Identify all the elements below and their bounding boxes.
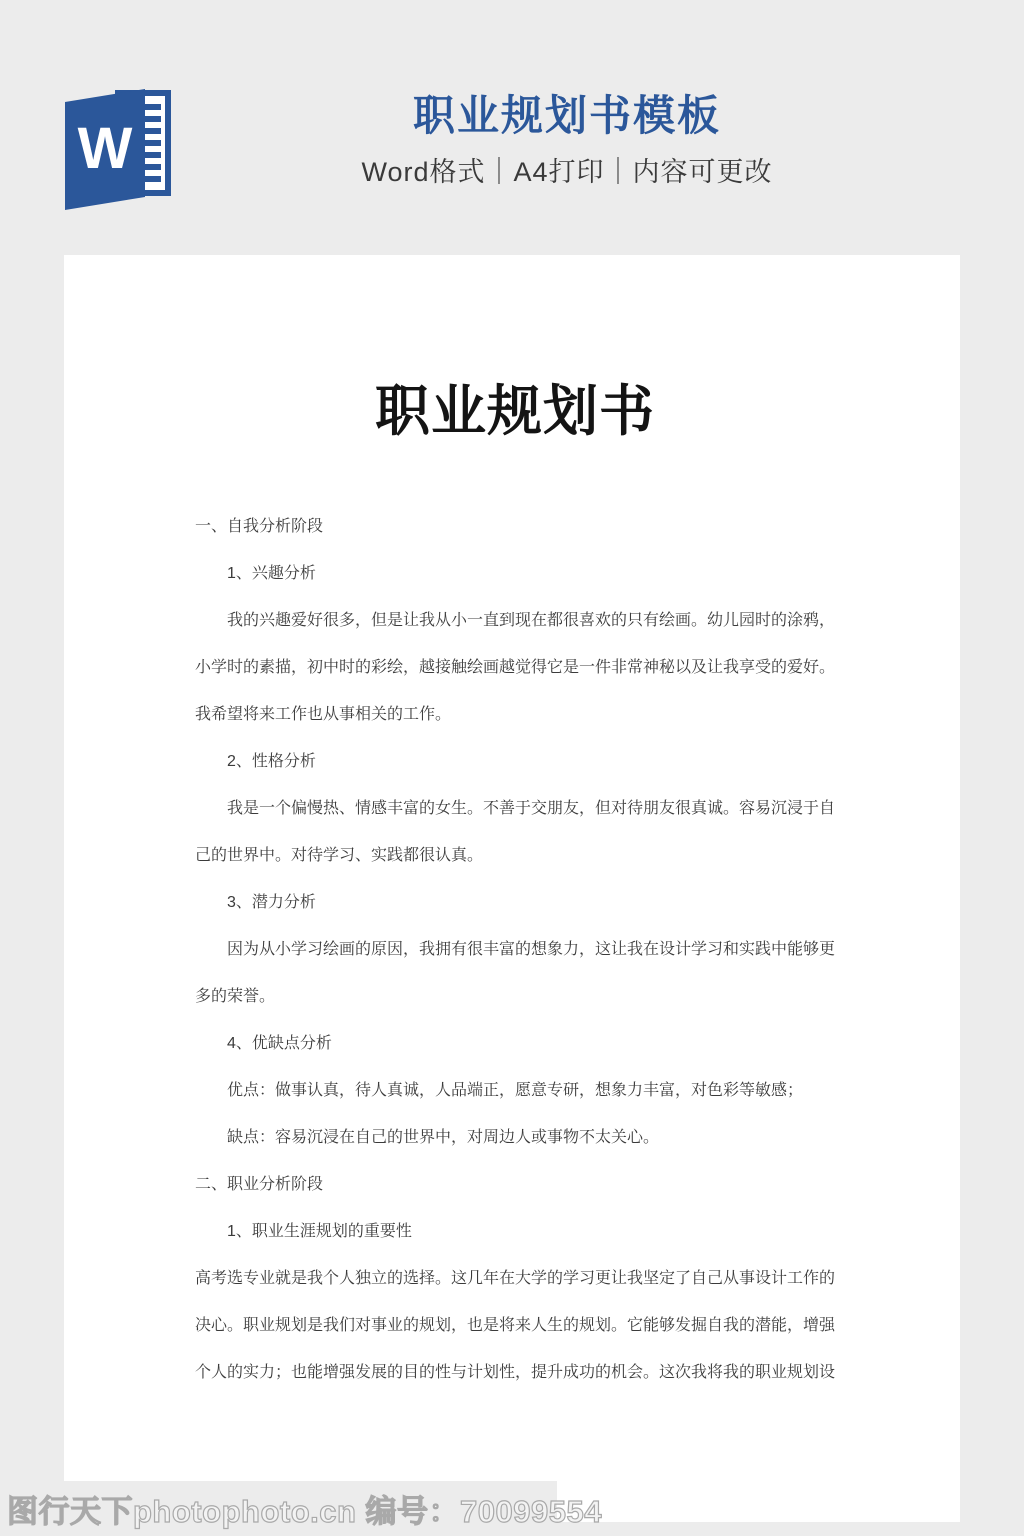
word-logo-graphic: W bbox=[65, 84, 171, 210]
template-subtitle: Word格式｜A4打印｜内容可更改 bbox=[174, 154, 960, 190]
header: W 职业规划书模板 Word格式｜A4打印｜内容可更改 bbox=[64, 0, 960, 255]
document-title: 职业规划书 bbox=[195, 380, 835, 442]
word-icon-letter: W bbox=[78, 116, 133, 181]
doc-paragraph: 我是一个偏慢热、情感丰富的女生。不善于交朋友，但对待朋友很真诚。容易沉浸于自己的… bbox=[195, 785, 835, 879]
doc-paragraph: 优点：做事认真，待人真诚，人品端正，愿意专研，想象力丰富，对色彩等敏感； bbox=[195, 1067, 835, 1114]
doc-paragraph: 高考选专业就是我个人独立的选择。这几年在大学的学习更让我坚定了自己从事设计工作的… bbox=[195, 1255, 835, 1396]
header-text-block: 职业规划书模板 Word格式｜A4打印｜内容可更改 bbox=[174, 92, 960, 190]
watermark-bar: 图行天下photophoto.cn 编号：70099554 bbox=[0, 1481, 557, 1536]
template-title: 职业规划书模板 bbox=[174, 92, 960, 140]
doc-paragraph: 缺点：容易沉浸在自己的世界中，对周边人或事物不太关心。 bbox=[195, 1114, 835, 1161]
document-page: 职业规划书 一、自我分析阶段1、兴趣分析我的兴趣爱好很多，但是让我从小一直到现在… bbox=[64, 255, 960, 1522]
template-preview-canvas: W 职业规划书模板 Word格式｜A4打印｜内容可更改 职业规划书 一、自我分析… bbox=[0, 0, 1024, 1536]
doc-heading: 一、自我分析阶段 bbox=[195, 503, 835, 550]
doc-heading: 1、兴趣分析 bbox=[195, 550, 835, 597]
doc-paragraph: 我的兴趣爱好很多，但是让我从小一直到现在都很喜欢的只有绘画。幼儿园时的涂鸦，小学… bbox=[195, 597, 835, 738]
word-icon: W bbox=[65, 84, 171, 210]
doc-heading: 4、优缺点分析 bbox=[195, 1020, 835, 1067]
doc-heading: 2、性格分析 bbox=[195, 738, 835, 785]
doc-paragraph: 因为从小学习绘画的原因，我拥有很丰富的想象力，这让我在设计学习和实践中能够更多的… bbox=[195, 926, 835, 1020]
doc-heading: 3、潜力分析 bbox=[195, 879, 835, 926]
doc-heading: 二、职业分析阶段 bbox=[195, 1161, 835, 1208]
doc-body: 一、自我分析阶段1、兴趣分析我的兴趣爱好很多，但是让我从小一直到现在都很喜欢的只… bbox=[195, 503, 835, 1396]
watermark-text: 图行天下photophoto.cn 编号：70099554 bbox=[0, 1486, 602, 1531]
doc-heading: 1、职业生涯规划的重要性 bbox=[195, 1208, 835, 1255]
